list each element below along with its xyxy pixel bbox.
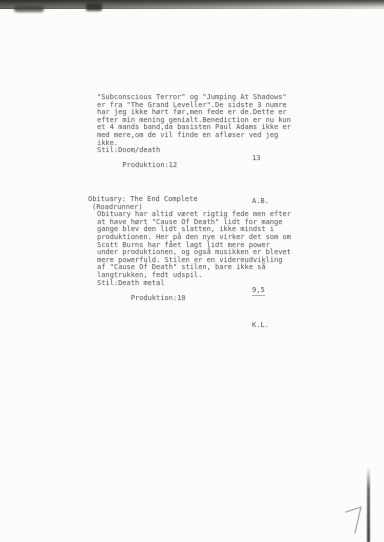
scanned-page: "Subconscious Terror" og "Jumping At Sha… bbox=[0, 0, 384, 542]
production-label: Produktion:12 bbox=[122, 161, 177, 169]
scan-smudge-mid bbox=[86, 3, 102, 11]
review-block-benediction: "Subconscious Terror" og "Jumping At Sha… bbox=[97, 94, 291, 206]
scan-smudge-left bbox=[14, 6, 44, 12]
production-label: Produktion:10 bbox=[131, 294, 186, 302]
rating-value: 9,5 bbox=[252, 287, 265, 296]
production-line: Produktion:10 9,5 bbox=[97, 287, 291, 317]
review-line: med mere,om de vil finde en afløser ved … bbox=[97, 132, 291, 140]
rating-value: 13 bbox=[252, 155, 260, 163]
scan-edge-top bbox=[0, 0, 384, 9]
crease-mark-icon bbox=[344, 502, 370, 536]
style-line: Stil:Doom/death bbox=[97, 147, 291, 155]
reviewer-initials: K.L. bbox=[97, 322, 291, 330]
production-line: Produktion:12 13 bbox=[97, 155, 291, 185]
review-block-obituary: Obituary: The End Complete (Roadrunner) … bbox=[88, 196, 291, 329]
